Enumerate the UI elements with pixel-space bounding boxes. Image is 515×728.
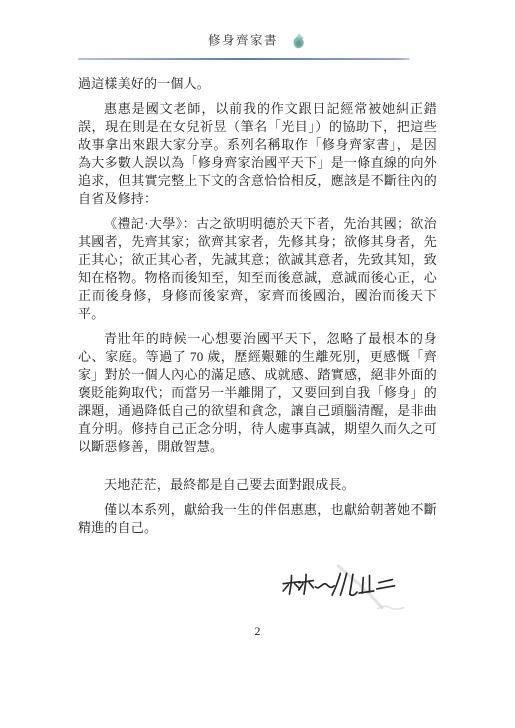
leaf-ornament-icon	[291, 32, 307, 51]
paragraph-intro: 惠惠是國文老師，以前我的作文跟日記經常被她糾正錯誤，現在則是在女兒祈昱（筆名「光…	[78, 100, 437, 208]
page-number: 2	[0, 624, 515, 639]
paragraph-reflection: 青壯年的時候一心想要治國平天下，忽略了最根本的身心、家庭。等過了 70 歲，歷經…	[78, 330, 437, 456]
document-page: 修身齊家書 過這樣美好的一個人。 惠惠是國文老師，以前我的作文跟日記經常被她糾正…	[0, 0, 515, 728]
paragraph-conclusion: 天地茫茫，最終都是自己要去面對跟成長。	[78, 476, 437, 494]
header-divider	[78, 58, 410, 60]
handwritten-signature	[278, 563, 408, 619]
paragraph-liji-daxue-quote: 《禮記·大學》：古之欲明明德於天下者，先治其國；欲治其國者，先齊其家；欲齊其家者…	[78, 215, 437, 323]
page-header: 修身齊家書	[0, 0, 515, 60]
paragraph-dedication: 僅以本系列，獻給我一生的伴侶惠惠，也獻給朝著她不斷精進的自己。	[78, 501, 437, 537]
header-title-row: 修身齊家書	[0, 31, 515, 51]
document-title: 修身齊家書	[208, 34, 278, 48]
document-body: 過這樣美好的一個人。 惠惠是國文老師，以前我的作文跟日記經常被她糾正錯誤，現在則…	[78, 75, 437, 619]
paragraph-continuation: 過這樣美好的一個人。	[78, 75, 437, 93]
